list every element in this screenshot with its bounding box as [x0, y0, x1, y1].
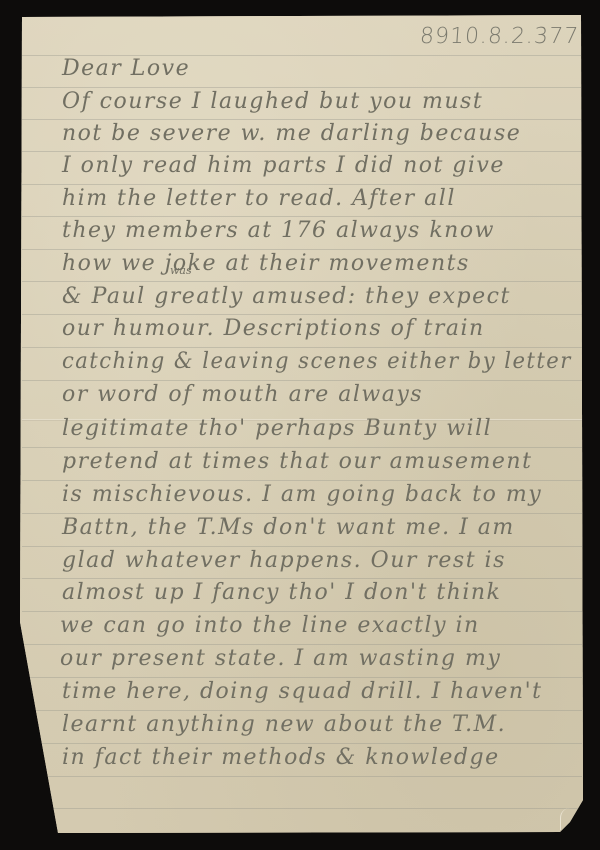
letter-line: legitimate tho' perhaps Bunty will — [62, 416, 492, 441]
ruled-line — [22, 184, 582, 185]
ruled-line — [22, 677, 582, 678]
letter-line: how we joke at their movements — [62, 251, 470, 276]
letter-line: I only read him parts I did not give — [62, 153, 505, 178]
ruled-line — [22, 513, 582, 514]
letter-line: they members at 176 always know — [62, 218, 495, 243]
ruled-line — [22, 119, 582, 120]
ruled-line — [22, 644, 582, 645]
ruled-line — [22, 710, 582, 711]
ruled-line — [22, 380, 582, 381]
letter-line: almost up I fancy tho' I don't think — [62, 580, 501, 605]
ruled-line — [22, 743, 582, 744]
letter-line: Battn, the T.Ms don't want me. I am — [62, 515, 515, 540]
ruled-line — [22, 611, 582, 612]
letter-line: learnt anything new about the T.M. — [62, 712, 506, 737]
interlinear-insert: was — [170, 264, 192, 277]
ruled-line — [22, 151, 582, 152]
letter-line: pretend at times that our amusement — [62, 449, 532, 474]
letter-line: not be severe w. me darling because — [62, 121, 521, 146]
letter-line: & Paul greatly amused: they expect — [62, 284, 511, 309]
ruled-line — [22, 578, 582, 579]
letter-line: our humour. Descriptions of train — [62, 316, 485, 341]
letter-paper: 8910.8.2.377 Dear Love Of course I laugh… — [0, 0, 600, 850]
letter-line: time here, doing squad drill. I haven't — [62, 679, 542, 704]
ruled-line — [22, 216, 582, 217]
torn-corner — [560, 808, 579, 830]
ruled-line — [22, 808, 582, 809]
letter-line: him the letter to read. After all — [62, 186, 456, 211]
ruled-line — [22, 281, 582, 282]
ruled-line — [22, 447, 582, 448]
ruled-line — [22, 347, 582, 348]
ruled-line — [22, 480, 582, 481]
letter-line: our present state. I am wasting my — [60, 646, 501, 671]
salutation: Dear Love — [62, 56, 190, 81]
letter-line: glad whatever happens. Our rest is — [62, 548, 506, 573]
ruled-line — [22, 546, 582, 547]
ruled-line — [22, 87, 582, 88]
letter-line: or word of mouth are always — [62, 382, 423, 407]
ruled-line — [22, 314, 582, 315]
letter-line: Of course I laughed but you must — [62, 89, 483, 114]
letter-line: catching & leaving scenes either by lett… — [62, 349, 572, 374]
letter-line: is mischievous. I am going back to my — [62, 482, 542, 507]
shelfmark: 8910.8.2.377 — [419, 24, 580, 49]
letter-line: in fact their methods & knowledge — [62, 745, 500, 770]
letter-line: we can go into the line exactly in — [60, 613, 480, 638]
ruled-line — [22, 249, 582, 250]
ruled-line — [22, 776, 582, 777]
